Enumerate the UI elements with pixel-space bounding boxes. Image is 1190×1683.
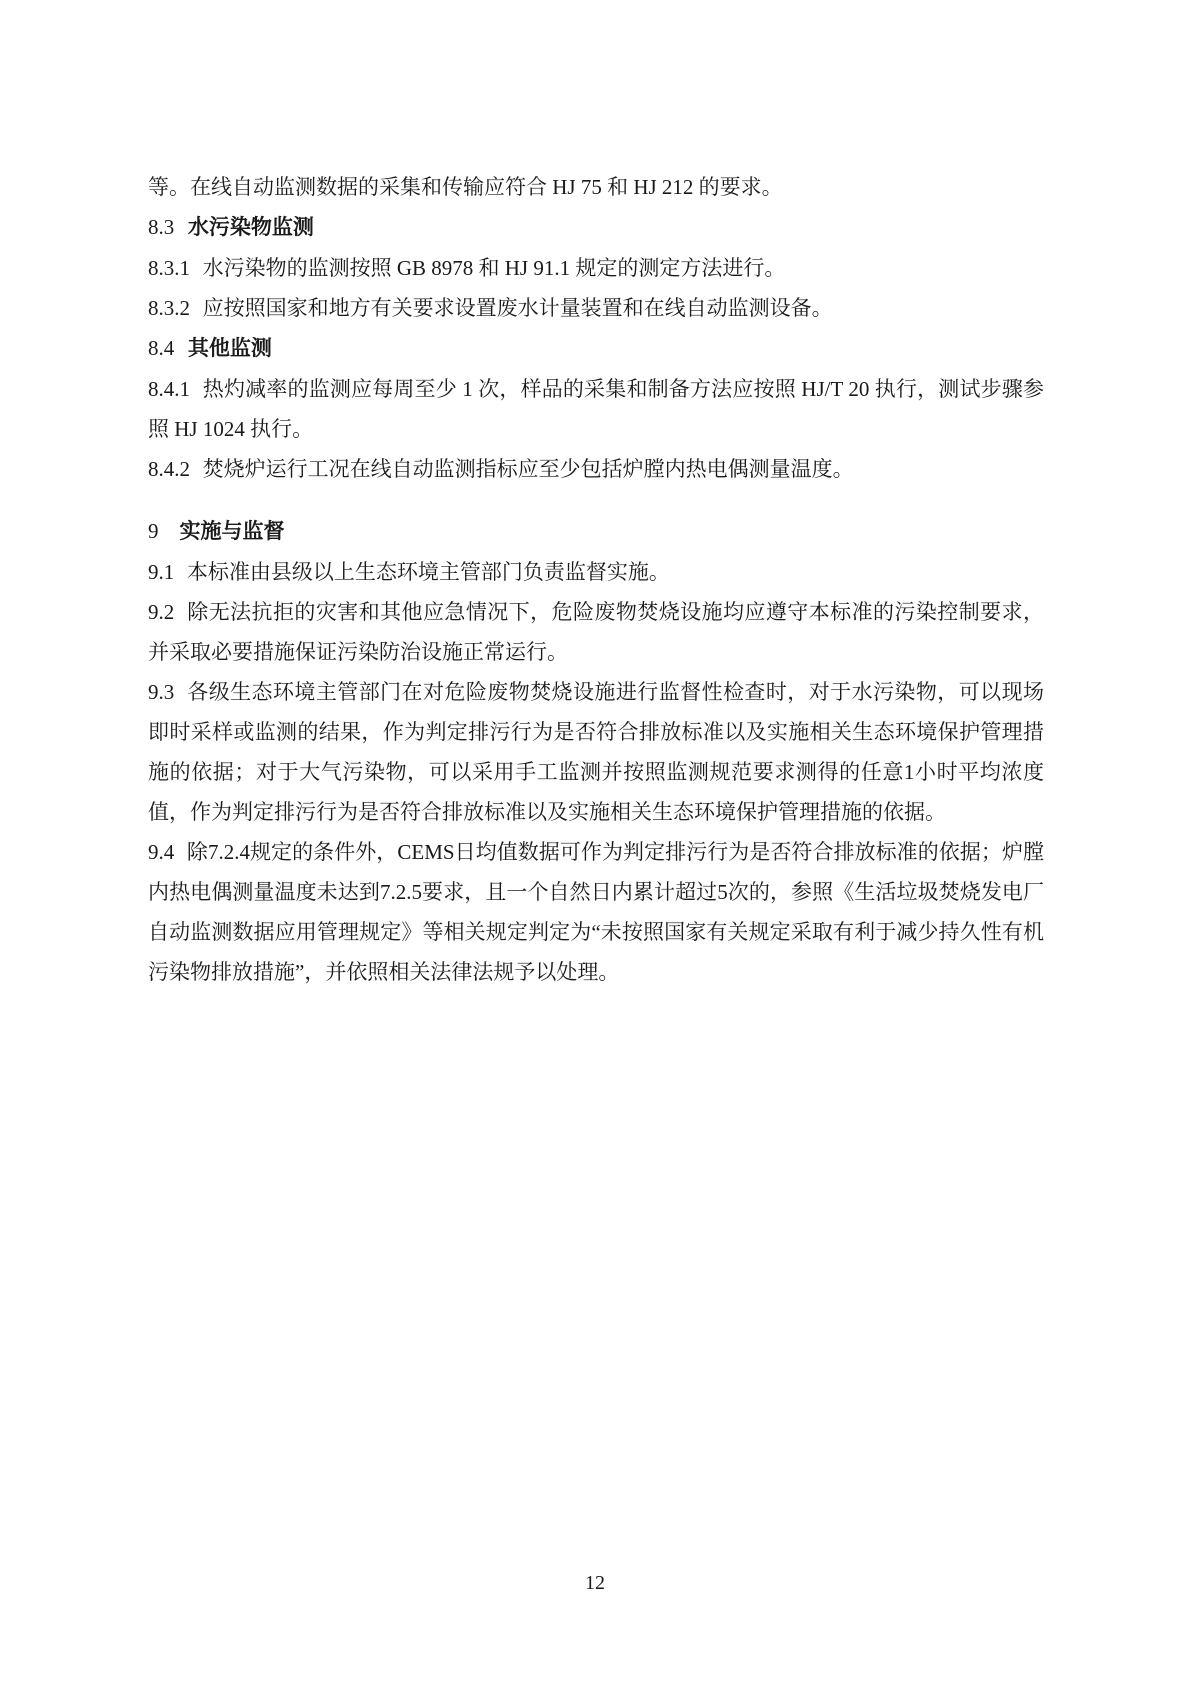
- heading-number: 8.3: [148, 215, 174, 239]
- clause-number: 9.1: [148, 560, 174, 584]
- clause-number: 9.2: [148, 600, 174, 624]
- clause-text: 等。在线自动监测数据的采集和传输应符合 HJ 75 和 HJ 212 的要求。: [148, 175, 783, 199]
- paragraph-8-3-1: 8.3.1水污染物的监测按照 GB 8978 和 HJ 91.1 规定的测定方法…: [148, 248, 1044, 288]
- clause-text: 除无法抗拒的灾害和其他应急情况下，危险废物焚烧设施均应遵守本标准的污染控制要求，…: [148, 600, 1044, 664]
- heading-label: 其他监测: [188, 337, 272, 360]
- clause-text: 各级生态环境主管部门在对危险废物焚烧设施进行监督性检查时，对于水污染物，可以现场…: [148, 680, 1044, 824]
- clause-number: 8.3.2: [148, 296, 190, 320]
- document-page: 等。在线自动监测数据的采集和传输应符合 HJ 75 和 HJ 212 的要求。 …: [0, 0, 1190, 1683]
- paragraph-8-3-2: 8.3.2应按照国家和地方有关要求设置废水计量装置和在线自动监测设备。: [148, 288, 1044, 328]
- paragraph-9-3: 9.3各级生态环境主管部门在对危险废物焚烧设施进行监督性检查时，对于水污染物，可…: [148, 672, 1044, 832]
- heading-number: 8.4: [148, 336, 174, 360]
- clause-number: 8.4.2: [148, 457, 190, 481]
- paragraph-8-4-2: 8.4.2焚烧炉运行工况在线自动监测指标应至少包括炉膛内热电偶测量温度。: [148, 449, 1044, 489]
- paragraph-9-4: 9.4除7.2.4规定的条件外，CEMS日均值数据可作为判定排污行为是否符合排放…: [148, 832, 1044, 992]
- heading-label: 水污染物监测: [188, 216, 314, 239]
- chapter-heading-9: 9实施与监督: [148, 511, 1044, 552]
- clause-text: 除7.2.4规定的条件外，CEMS日均值数据可作为判定排污行为是否符合排放标准的…: [148, 840, 1044, 984]
- clause-number: 9.4: [148, 840, 174, 864]
- paragraph-continuation: 等。在线自动监测数据的采集和传输应符合 HJ 75 和 HJ 212 的要求。: [148, 167, 1044, 207]
- heading-number: 9: [148, 519, 159, 543]
- section-heading-8-3: 8.3水污染物监测: [148, 207, 1044, 248]
- clause-number: 8.4.1: [148, 377, 190, 401]
- section-heading-8-4: 8.4其他监测: [148, 328, 1044, 369]
- clause-text: 热灼减率的监测应每周至少 1 次，样品的采集和制备方法应按照 HJ/T 20 执…: [148, 377, 1044, 441]
- paragraph-9-1: 9.1本标准由县级以上生态环境主管部门负责监督实施。: [148, 552, 1044, 592]
- clause-number: 9.3: [148, 680, 174, 704]
- clause-number: 8.3.1: [148, 256, 190, 280]
- clause-text: 应按照国家和地方有关要求设置废水计量装置和在线自动监测设备。: [203, 296, 833, 320]
- clause-text: 水污染物的监测按照 GB 8978 和 HJ 91.1 规定的测定方法进行。: [203, 256, 786, 280]
- page-content: 等。在线自动监测数据的采集和传输应符合 HJ 75 和 HJ 212 的要求。 …: [148, 167, 1044, 992]
- clause-text: 焚烧炉运行工况在线自动监测指标应至少包括炉膛内热电偶测量温度。: [203, 457, 854, 481]
- paragraph-9-2: 9.2除无法抗拒的灾害和其他应急情况下，危险废物焚烧设施均应遵守本标准的污染控制…: [148, 592, 1044, 672]
- heading-label: 实施与监督: [180, 520, 285, 543]
- page-number: 12: [0, 1570, 1190, 1596]
- paragraph-8-4-1: 8.4.1热灼减率的监测应每周至少 1 次，样品的采集和制备方法应按照 HJ/T…: [148, 369, 1044, 449]
- clause-text: 本标准由县级以上生态环境主管部门负责监督实施。: [187, 560, 670, 584]
